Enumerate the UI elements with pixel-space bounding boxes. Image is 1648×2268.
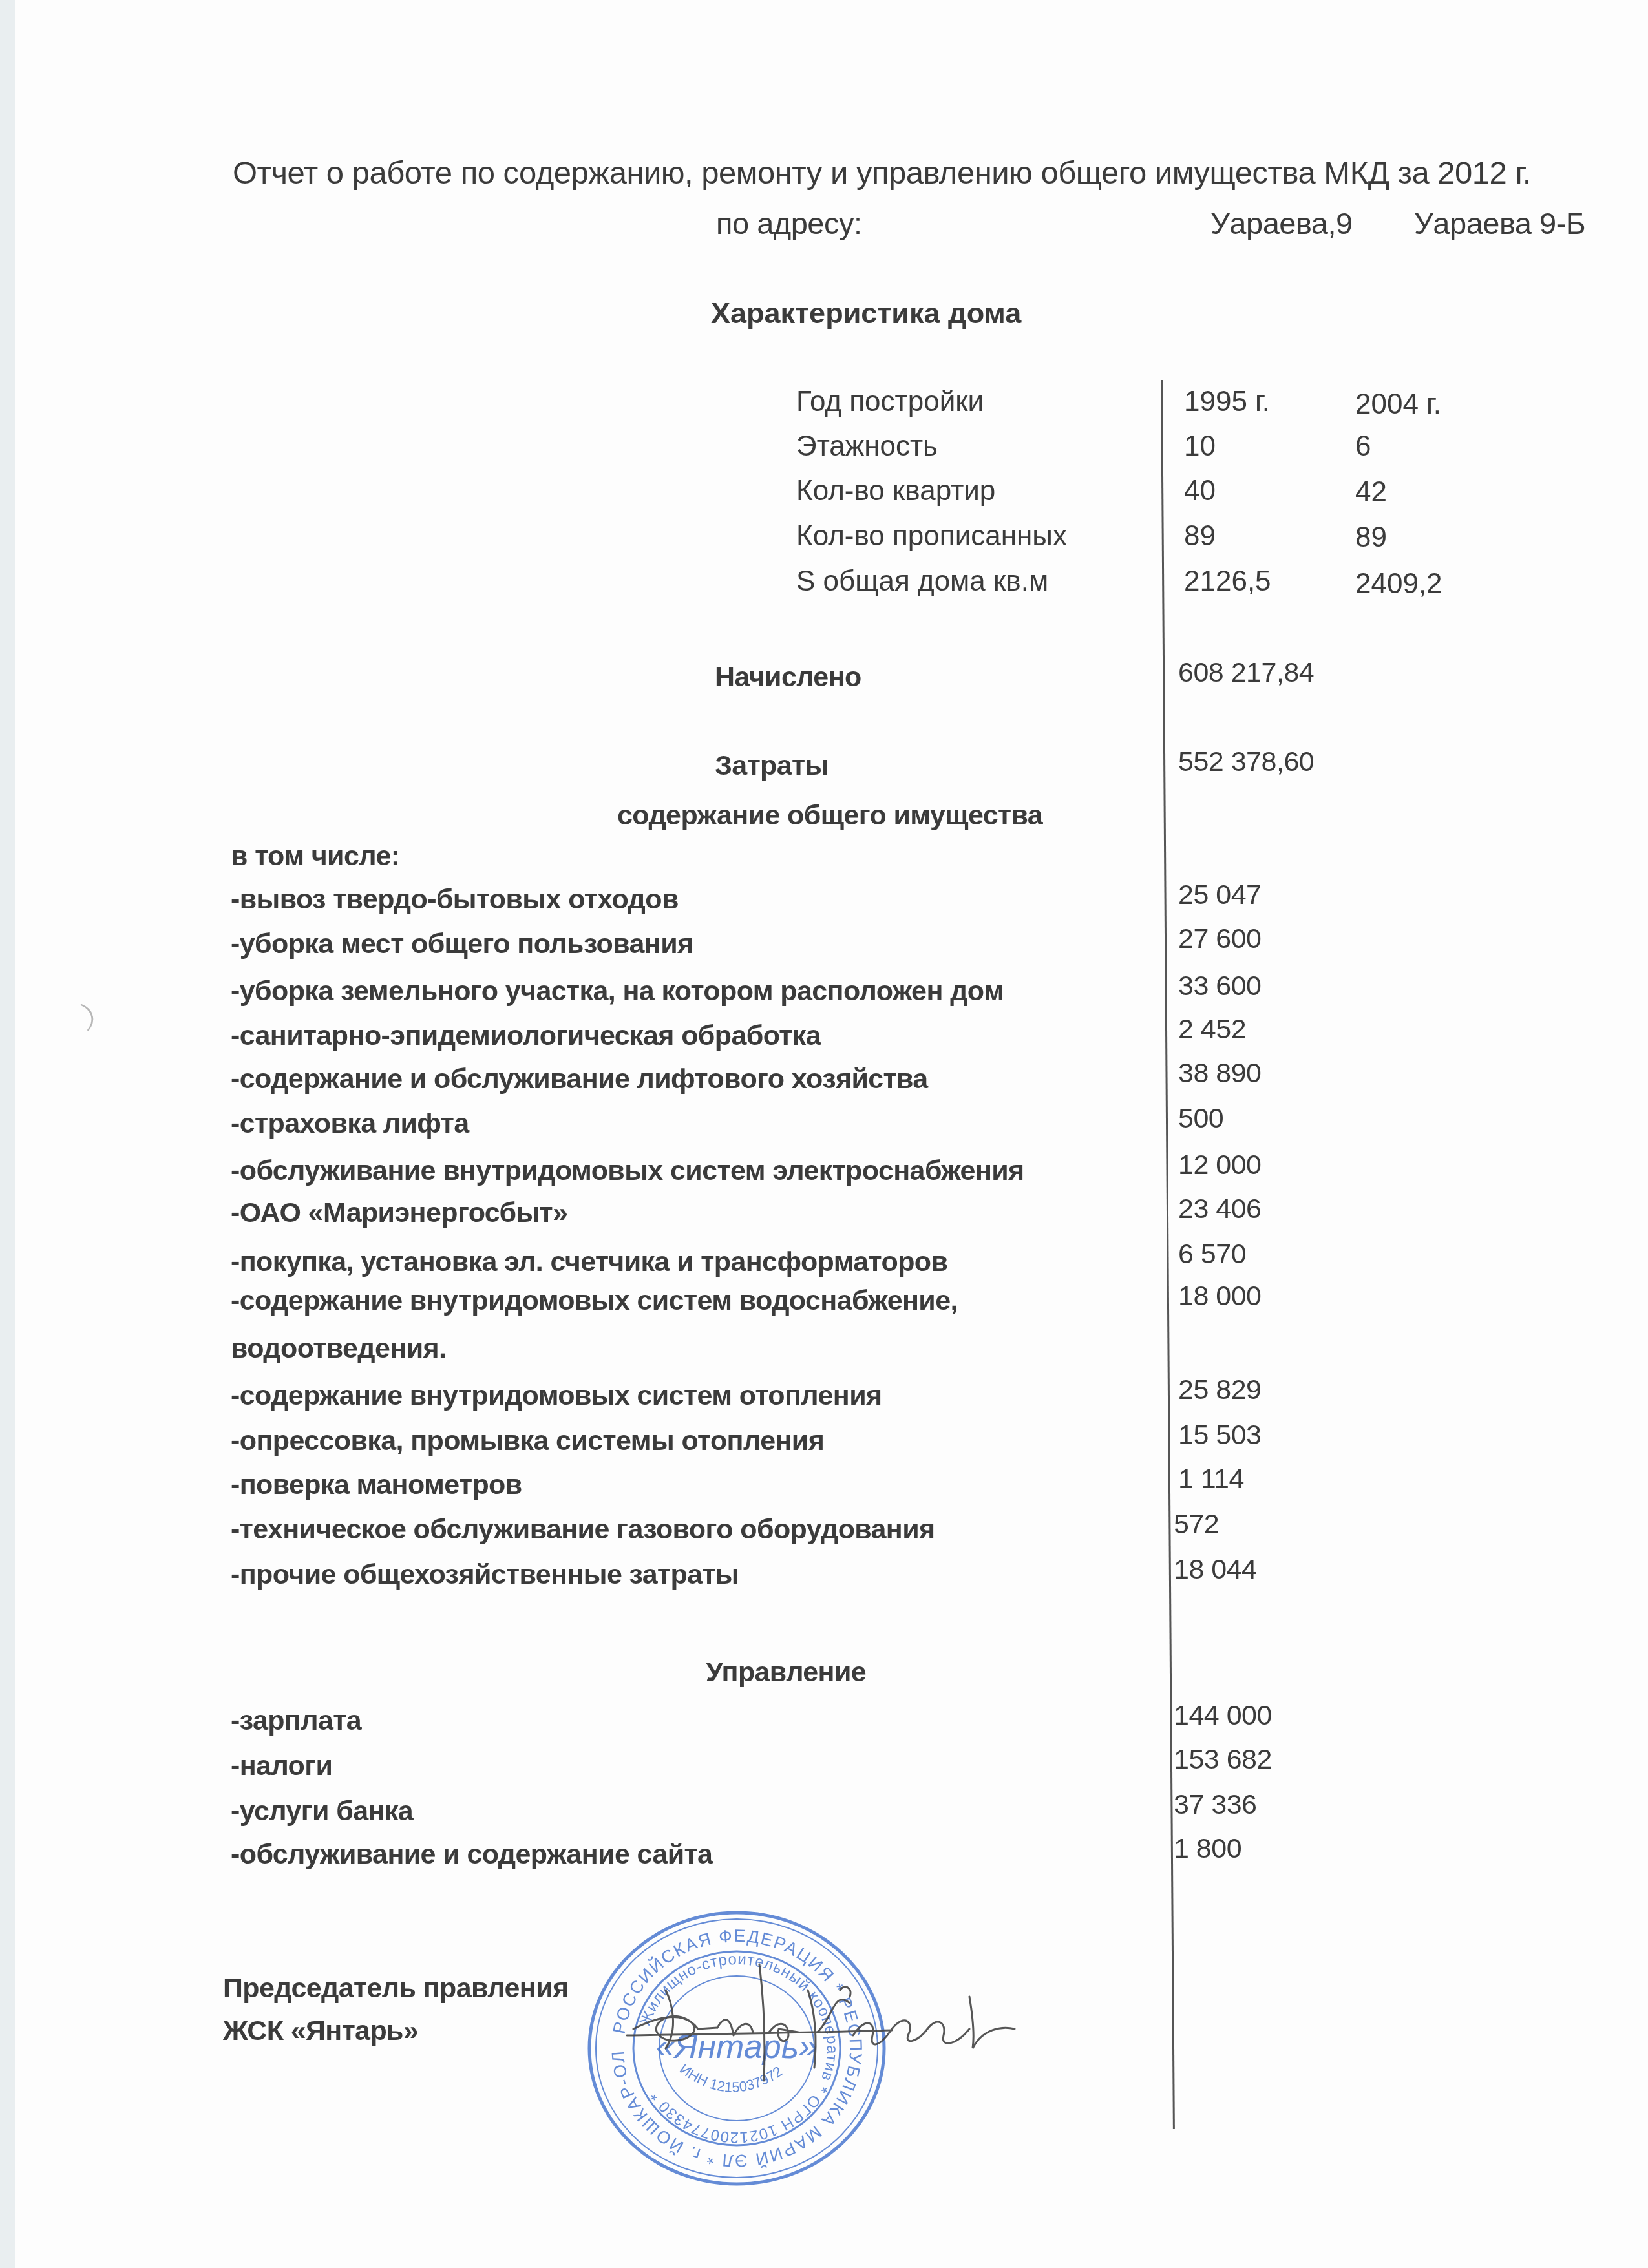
address-1: Уараева,9 bbox=[1210, 208, 1353, 238]
list-item-label: -опрессовка, промывка системы отопления bbox=[231, 1427, 824, 1455]
list-item-value: 18 000 bbox=[1178, 1283, 1262, 1310]
list-item-value: 37 336 bbox=[1174, 1791, 1257, 1819]
signatory-position: Председатель правления bbox=[223, 1975, 569, 2002]
char-value-a: 89 bbox=[1184, 522, 1216, 551]
list-item-label: -поверка манометров bbox=[231, 1471, 522, 1499]
list-item-label: -содержание и обслуживание лифтового хоз… bbox=[231, 1066, 928, 1093]
list-item-label: -санитарно-эпидемиологическая обработка bbox=[231, 1022, 821, 1050]
list-item-value: 23 406 bbox=[1178, 1195, 1262, 1223]
list-item-label: -вывоз твердо-бытовых отходов bbox=[231, 886, 679, 914]
list-item-label: -уборка земельного участка, на котором р… bbox=[231, 978, 1004, 1005]
list-item-value: 144 000 bbox=[1174, 1702, 1272, 1730]
list-item-value: 18 044 bbox=[1174, 1556, 1257, 1584]
list-item-value: 33 600 bbox=[1178, 972, 1262, 1000]
char-value-b: 2409,2 bbox=[1355, 570, 1442, 598]
list-item-label: -страховка лифта bbox=[231, 1110, 469, 1138]
char-value-a: 2126,5 bbox=[1184, 567, 1271, 596]
list-item-value: 27 600 bbox=[1178, 925, 1262, 953]
list-item-value: 12 000 bbox=[1178, 1151, 1262, 1179]
list-item-value: 1 114 bbox=[1178, 1465, 1244, 1493]
list-item-label: -налоги bbox=[231, 1752, 332, 1780]
list-item-label: -зарплата bbox=[231, 1707, 361, 1735]
list-item-value: 2 452 bbox=[1178, 1016, 1246, 1044]
char-label: Год постройки bbox=[796, 388, 984, 416]
list-item-value: 38 890 bbox=[1178, 1060, 1262, 1087]
char-value-b: 42 bbox=[1355, 478, 1387, 507]
maintenance-heading: содержание общего имущества bbox=[617, 802, 1042, 830]
report-title: Отчет о работе по содержанию, ремонту и … bbox=[233, 158, 1531, 189]
list-item-value: 153 682 bbox=[1174, 1746, 1272, 1774]
char-value-b: 2004 г. bbox=[1355, 390, 1441, 419]
list-item-value: 500 bbox=[1178, 1105, 1223, 1133]
punch-hole-mark bbox=[36, 996, 98, 1047]
list-item-label: -покупка, установка эл. счетчика и транс… bbox=[231, 1248, 947, 1276]
scan-edge bbox=[0, 0, 15, 2268]
list-item-label: -обслуживание внутридомовых систем элект… bbox=[231, 1157, 1024, 1185]
list-item-label: -обслуживание и содержание сайта bbox=[231, 1841, 712, 1869]
char-value-a: 40 bbox=[1184, 477, 1216, 505]
list-item-label: -прочие общехозяйственные затраты bbox=[231, 1561, 739, 1589]
char-label: Кол-во прописанных bbox=[796, 522, 1067, 551]
char-value-a: 10 bbox=[1184, 432, 1216, 461]
list-item-label: -услуги банка bbox=[231, 1798, 413, 1825]
list-item-label-continued: водоотведения. bbox=[231, 1335, 446, 1363]
signatory-organization: ЖСК «Янтарь» bbox=[223, 2017, 418, 2045]
list-item-value: 25 047 bbox=[1178, 881, 1262, 909]
characteristics-heading: Характеристика дома bbox=[711, 299, 1021, 328]
char-value-b: 6 bbox=[1355, 432, 1371, 461]
list-item-label: -содержание внутридомовых систем отоплен… bbox=[231, 1382, 882, 1410]
char-value-a: 1995 г. bbox=[1184, 388, 1270, 416]
management-heading: Управление bbox=[706, 1659, 866, 1686]
char-value-b: 89 bbox=[1355, 523, 1387, 552]
list-item-label: -ОАО «Мариэнергосбыт» bbox=[231, 1199, 567, 1227]
accrued-label: Начислено bbox=[715, 664, 861, 691]
list-item-label: -содержание внутридомовых систем водосна… bbox=[231, 1287, 958, 1315]
list-item-value: 6 570 bbox=[1178, 1241, 1246, 1268]
char-label: Кол-во квартир bbox=[796, 477, 995, 505]
costs-value: 552 378,60 bbox=[1178, 748, 1314, 776]
including-label: в том числе: bbox=[231, 843, 399, 870]
list-item-label: -уборка мест общего пользования bbox=[231, 930, 693, 958]
accrued-value: 608 217,84 bbox=[1178, 659, 1314, 687]
list-item-value: 25 829 bbox=[1178, 1376, 1262, 1404]
costs-label: Затраты bbox=[715, 752, 829, 780]
address-label: по адресу: bbox=[716, 208, 862, 238]
address-2: Уараева 9-Б bbox=[1414, 208, 1585, 238]
column-divider bbox=[1161, 380, 1175, 2129]
list-item-value: 15 503 bbox=[1178, 1422, 1262, 1449]
char-label: Этажность bbox=[796, 432, 938, 461]
list-item-value: 1 800 bbox=[1174, 1835, 1241, 1863]
handwritten-signature bbox=[620, 1951, 1021, 2100]
list-item-value: 572 bbox=[1174, 1511, 1219, 1538]
char-label: S общая дома кв.м bbox=[796, 567, 1048, 596]
list-item-label: -техническое обслуживание газового обору… bbox=[231, 1516, 935, 1544]
